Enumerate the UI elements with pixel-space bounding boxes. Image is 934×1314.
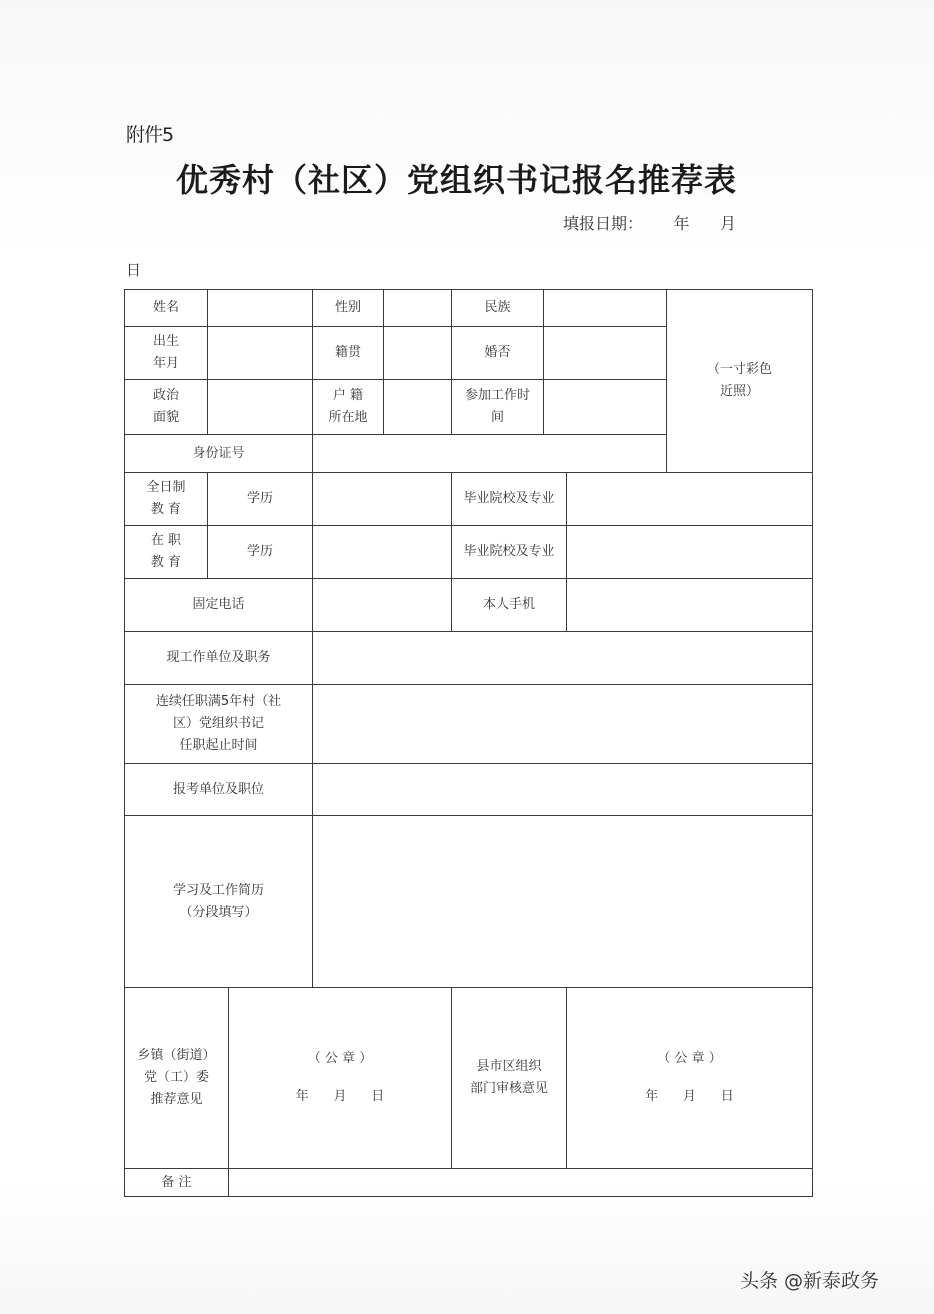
inservice-edu-label: 在 职 教 育 (124, 525, 208, 579)
current-job-field[interactable] (312, 631, 813, 685)
birth-field[interactable] (207, 326, 313, 380)
household-label: 户 籍 所在地 (312, 379, 384, 435)
county-date-line: 年 月 日 (645, 1086, 734, 1108)
mobile-label: 本人手机 (451, 578, 567, 632)
township-opinion-field[interactable]: （ 公 章 ） 年 月 日 (228, 987, 452, 1169)
political-field[interactable] (207, 379, 313, 435)
inservice-degree-label: 学历 (207, 525, 313, 579)
fulltime-school-label: 毕业院校及专业 (451, 472, 567, 526)
county-seal-text: （ 公 章 ） (657, 1048, 721, 1070)
fulltime-school-field[interactable] (566, 472, 813, 526)
document-title: 优秀村（社区）党组织书记报名推荐表 (176, 155, 737, 201)
photo-placeholder[interactable]: （一寸彩色 近照） (666, 289, 813, 473)
native-place-label: 籍贯 (312, 326, 384, 380)
county-opinion-label: 县市区组织 部门审核意见 (451, 987, 567, 1169)
inservice-degree-field[interactable] (312, 525, 452, 579)
county-stamp-block: （ 公 章 ） 年 月 日 (645, 1048, 734, 1108)
id-number-field[interactable] (312, 434, 667, 473)
fulltime-degree-field[interactable] (312, 472, 452, 526)
gender-label: 性别 (312, 289, 384, 327)
remarks-field[interactable] (228, 1168, 813, 1197)
gender-field[interactable] (383, 289, 452, 327)
mobile-field[interactable] (566, 578, 813, 632)
fulltime-degree-label: 学历 (207, 472, 313, 526)
resume-field[interactable] (312, 815, 813, 988)
inservice-school-label: 毕业院校及专业 (451, 525, 567, 579)
household-field[interactable] (383, 379, 452, 435)
marital-label: 婚否 (451, 326, 544, 380)
township-stamp-block: （ 公 章 ） 年 月 日 (296, 1048, 385, 1108)
ethnicity-field[interactable] (543, 289, 667, 327)
applied-position-field[interactable] (312, 763, 813, 816)
county-opinion-field[interactable]: （ 公 章 ） 年 月 日 (566, 987, 813, 1169)
birth-label: 出生 年月 (124, 326, 208, 380)
applied-position-label: 报考单位及职位 (124, 763, 313, 816)
name-label: 姓名 (124, 289, 208, 327)
current-job-label: 现工作单位及职务 (124, 631, 313, 685)
resume-label: 学习及工作简历 （分段填写） (124, 815, 313, 988)
work-start-field[interactable] (543, 379, 667, 435)
tenure-label: 连续任职满5年村（社 区）党组织书记 任职起止时间 (124, 684, 313, 764)
landline-label: 固定电话 (124, 578, 313, 632)
township-opinion-label: 乡镇（街道） 党（工）委 推荐意见 (124, 987, 229, 1169)
ethnicity-label: 民族 (451, 289, 544, 327)
native-place-field[interactable] (383, 326, 452, 380)
marital-field[interactable] (543, 326, 667, 380)
landline-field[interactable] (312, 578, 452, 632)
work-start-label: 参加工作时 间 (451, 379, 544, 435)
source-watermark: 头条 @新泰政务 (740, 1266, 879, 1293)
fill-date-line: 填报日期： 年 月 (563, 211, 736, 234)
fulltime-edu-label: 全日制 教 育 (124, 472, 208, 526)
township-seal-text: （ 公 章 ） (308, 1048, 372, 1070)
tenure-field[interactable] (312, 684, 813, 764)
township-date-line: 年 月 日 (296, 1086, 385, 1108)
inservice-school-field[interactable] (566, 525, 813, 579)
fill-date-day: 日 (126, 259, 141, 280)
name-field[interactable] (207, 289, 313, 327)
political-label: 政治 面貌 (124, 379, 208, 435)
attachment-label: 附件5 (126, 120, 173, 147)
remarks-label: 备 注 (124, 1168, 229, 1197)
id-number-label: 身份证号 (124, 434, 313, 473)
